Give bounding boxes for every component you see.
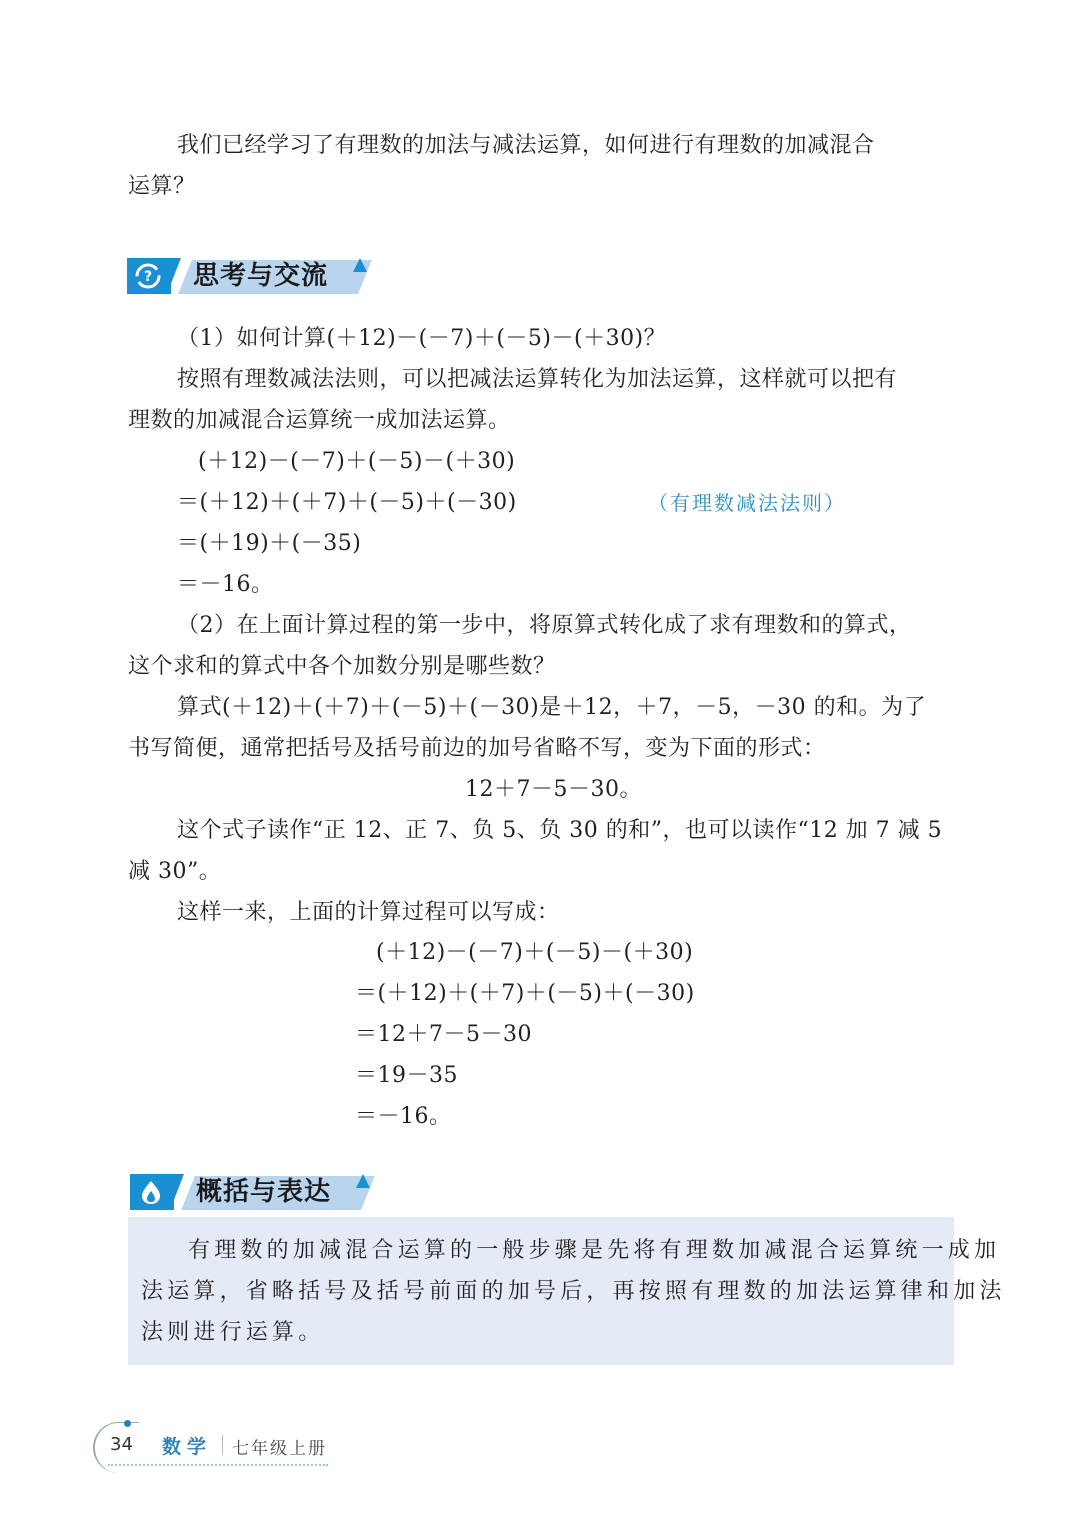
book-label: 七年级上册 <box>232 1434 327 1459</box>
question-cycle-icon: ? <box>133 261 163 291</box>
section-header-summary: 概括与表达 <box>130 1174 380 1214</box>
paragraph-1-line-1: 按照有理数减法法则，可以把减法运算转化为加法运算，这样就可以把有 <box>177 365 897 395</box>
summary-line-2: 法运算，省略括号及括号前面的加号后，再按照有理数的加法运算律和加法 <box>141 1277 1006 1307</box>
paragraph-4: 这样一来，上面的计算过程可以写成： <box>177 898 560 928</box>
calc1-step-1: ＝(＋12)＋(＋7)＋(－5)＋(－30) <box>177 488 517 518</box>
footer-dot-decoration <box>124 1420 131 1427</box>
calc2-step-4: ＝－16。 <box>355 1102 452 1132</box>
flame-icon <box>136 1177 166 1207</box>
paragraph-2-line-2: 书写简便，通常把括号及括号前边的加号省略不写，变为下面的形式： <box>128 734 826 764</box>
subject-label: 数学 <box>162 1432 212 1459</box>
question-2-line-2: 这个求和的算式中各个加数分别是哪些数？ <box>128 652 556 682</box>
simplified-expression: 12＋7－5－30。 <box>465 775 642 805</box>
intro-line-2: 运算？ <box>128 172 196 202</box>
calc2-step-3: ＝19－35 <box>355 1061 458 1091</box>
paragraph-1-line-2: 理数的加减混合运算统一成加法运算。 <box>128 406 511 436</box>
paragraph-3-line-2: 减 30”。 <box>128 857 221 887</box>
calc1-step-0: (＋12)－(－7)＋(－5)－(＋30) <box>198 447 515 477</box>
paragraph-2-line-1: 算式(＋12)＋(＋7)＋(－5)＋(－30)是＋12，＋7，－5，－30 的和… <box>177 693 926 723</box>
paragraph-3-line-1: 这个式子读作“正 12、正 7、负 5、负 30 的和”，也可以读作“12 加 … <box>177 816 942 846</box>
summary-line-3: 法则进行运算。 <box>141 1318 324 1348</box>
calc1-step-2: ＝(＋19)＋(－35) <box>177 529 361 559</box>
summary-box: 有理数的加减混合运算的一般步骤是先将有理数加减混合运算统一成加 法运算，省略括号… <box>128 1217 954 1365</box>
calc2-step-1: ＝(＋12)＋(＋7)＋(－5)＋(－30) <box>355 979 695 1009</box>
page-number: 34 <box>110 1434 133 1455</box>
section-title: 思考与交流 <box>193 257 328 295</box>
footer-divider <box>222 1435 223 1455</box>
calc2-step-0: (＋12)－(－7)＋(－5)－(＋30) <box>376 938 693 968</box>
intro-line-1: 我们已经学习了有理数的加法与减法运算，如何进行有理数的加减混合 <box>177 131 875 161</box>
calc2-step-2: ＝12＋7－5－30 <box>355 1020 532 1050</box>
summary-line-1: 有理数的加减混合运算的一般步骤是先将有理数加减混合运算统一成加 <box>188 1236 1000 1266</box>
question-1: （1）如何计算(＋12)－(－7)＋(－5)－(＋30)？ <box>177 324 666 354</box>
footer-dotted-line <box>108 1464 328 1466</box>
calc1-step-3: ＝－16。 <box>177 570 274 600</box>
section-header-think-discuss: ? 思考与交流 <box>127 258 377 298</box>
section-title: 概括与表达 <box>196 1173 331 1211</box>
calc1-note: （有理数减法法则） <box>648 488 846 518</box>
svg-text:?: ? <box>144 269 152 285</box>
question-2-line-1: （2）在上面计算过程的第一步中，将原算式转化成了求有理数和的算式， <box>177 611 912 641</box>
